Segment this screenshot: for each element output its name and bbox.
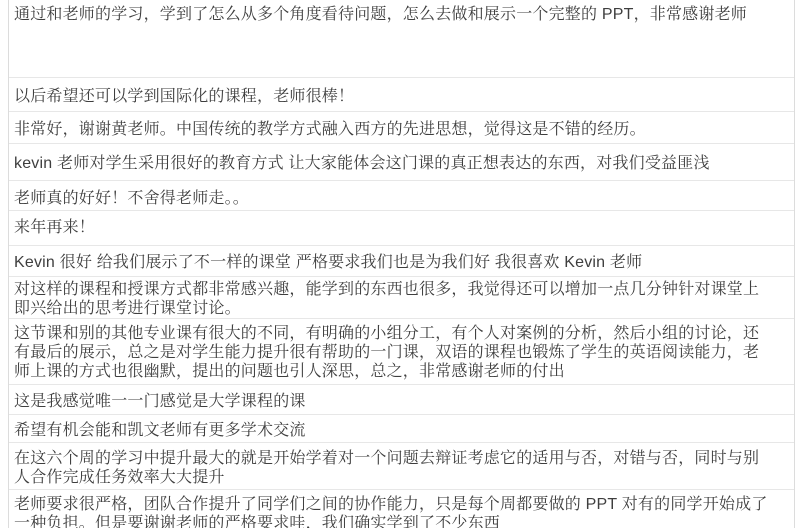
- feedback-text: 这节课和别的其他专业课有很大的不同，有明确的小组分工，有个人对案例的分析，然后小…: [14, 325, 759, 380]
- feedback-row: kevin 老师对学生采用很好的教育方式 让大家能体会这门课的真正想表达的东西，…: [9, 144, 794, 181]
- feedback-text: 以后希望还可以学到国际化的课程，老师很棒！: [14, 88, 354, 105]
- feedback-text: 这是我感觉唯一一门感觉是大学课程的课: [14, 393, 306, 410]
- feedback-row: 对这样的课程和授课方式都非常感兴趣，能学到的东西也很多，我觉得还可以增加一点几分…: [9, 277, 794, 319]
- feedback-row: 通过和老师的学习，学到了怎么从多个角度看待问题，怎么去做和展示一个完整的 PPT…: [9, 0, 794, 78]
- feedback-text: 老师要求很严格，团队合作提升了同学们之间的协作能力，只是每个周都要做的 PPT …: [14, 496, 768, 528]
- feedback-row: 老师要求很严格，团队合作提升了同学们之间的协作能力，只是每个周都要做的 PPT …: [9, 490, 794, 528]
- feedback-row: Kevin 很好 给我们展示了不一样的课堂 严格要求我们也是为我们好 我很喜欢 …: [9, 246, 794, 277]
- feedback-text: Kevin 很好 给我们展示了不一样的课堂 严格要求我们也是为我们好 我很喜欢 …: [14, 254, 642, 271]
- feedback-text: 通过和老师的学习，学到了怎么从多个角度看待问题，怎么去做和展示一个完整的 PPT…: [14, 6, 747, 23]
- feedback-row: 来年再来！: [9, 211, 794, 246]
- feedback-text: 在这六个周的学习中提升最大的就是开始学着对一个问题去辩证考虑它的适用与否，对错与…: [14, 450, 759, 486]
- feedback-table: 通过和老师的学习，学到了怎么从多个角度看待问题，怎么去做和展示一个完整的 PPT…: [8, 0, 795, 528]
- feedback-row: 非常好，谢谢黄老师。中国传统的教学方式融入西方的先进思想，觉得这是不错的经历。: [9, 112, 794, 144]
- feedback-text: 来年再来！: [14, 219, 95, 236]
- feedback-row: 这节课和别的其他专业课有很大的不同，有明确的小组分工，有个人对案例的分析，然后小…: [9, 319, 794, 385]
- feedback-row: 老师真的好好！不舍得老师走。。: [9, 181, 794, 211]
- feedback-row: 希望有机会能和凯文老师有更多学术交流: [9, 415, 794, 443]
- feedback-row: 这是我感觉唯一一门感觉是大学课程的课: [9, 385, 794, 415]
- feedback-text: 对这样的课程和授课方式都非常感兴趣，能学到的东西也很多，我觉得还可以增加一点几分…: [14, 281, 759, 317]
- feedback-text: kevin 老师对学生采用很好的教育方式 让大家能体会这门课的真正想表达的东西，…: [14, 155, 710, 172]
- feedback-text: 老师真的好好！不舍得老师走。。: [14, 190, 249, 207]
- feedback-row: 在这六个周的学习中提升最大的就是开始学着对一个问题去辩证考虑它的适用与否，对错与…: [9, 443, 794, 490]
- feedback-text: 非常好，谢谢黄老师。中国传统的教学方式融入西方的先进思想，觉得这是不错的经历。: [14, 121, 646, 138]
- feedback-row: 以后希望还可以学到国际化的课程，老师很棒！: [9, 78, 794, 112]
- feedback-text: 希望有机会能和凯文老师有更多学术交流: [14, 422, 306, 439]
